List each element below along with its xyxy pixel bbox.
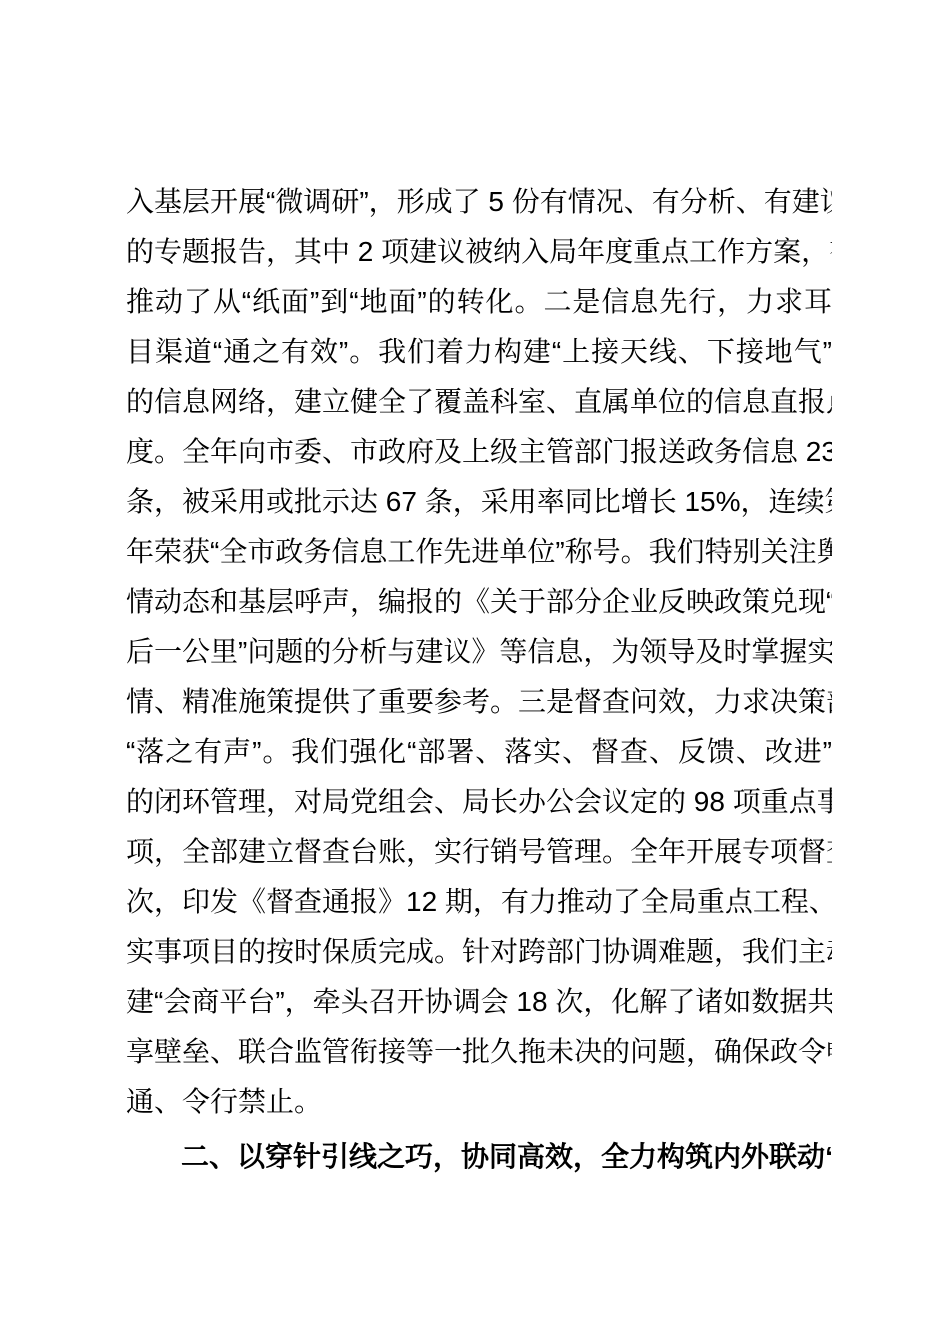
text-line: 的专题报告，其中 2 项建议被纳入局年度重点工作方案，有效: [126, 227, 832, 277]
text-line: 实事项目的按时保质完成。针对跨部门协调难题，我们主动搭: [126, 927, 832, 977]
text-line: 的闭环管理，对局党组会、局长办公会议定的 98 项重点事: [126, 777, 832, 827]
text-line: 后一公里”问题的分析与建议》等信息，为领导及时掌握实: [126, 627, 832, 677]
text-line: 情动态和基层呼声，编报的《关于部分企业反映政策兑现“最: [126, 577, 832, 627]
document-body: 入基层开展“微调研”，形成了 5 份有情况、有分析、有建议 的专题报告，其中 2…: [126, 177, 832, 1182]
text-line: 度。全年向市委、市政府及上级主管部门报送政务信息 238: [126, 427, 832, 477]
text-line: 目渠道“通之有效”。我们着力构建“上接天线、下接地气”: [126, 327, 832, 377]
text-line: “落之有声”。我们强化“部署、落实、督查、反馈、改进”: [126, 727, 832, 777]
section-heading: 二、以穿针引线之巧，协同高效，全力构筑内外联动“枢: [126, 1132, 832, 1182]
text-line: 条，被采用或批示达 67 条，采用率同比增长 15%，连续第三: [126, 477, 832, 527]
text-line: 年荣获“全市政务信息工作先进单位”称号。我们特别关注舆: [126, 527, 832, 577]
text-line: 通、令行禁止。: [126, 1077, 832, 1127]
text-line: 次，印发《督查通报》12 期，有力推动了全局重点工程、民生: [126, 877, 832, 927]
text-line: 推动了从“纸面”到“地面”的转化。二是信息先行，力求耳: [126, 277, 832, 327]
text-line: 情、精准施策提供了重要参考。三是督查问效，力求决策部署: [126, 677, 832, 727]
text-line: 享壁垒、联合监管衔接等一批久拖未决的问题，确保政令畅: [126, 1027, 832, 1077]
text-line: 项，全部建立督查台账，实行销号管理。全年开展专项督查 25: [126, 827, 832, 877]
text-line: 建“会商平台”，牵头召开协调会 18 次，化解了诸如数据共: [126, 977, 832, 1027]
text-line: 入基层开展“微调研”，形成了 5 份有情况、有分析、有建议: [126, 177, 832, 227]
document-page: 入基层开展“微调研”，形成了 5 份有情况、有分析、有建议 的专题报告，其中 2…: [0, 0, 950, 1344]
text-line: 的信息网络，建立健全了覆盖科室、直属单位的信息直报点制: [126, 377, 832, 427]
